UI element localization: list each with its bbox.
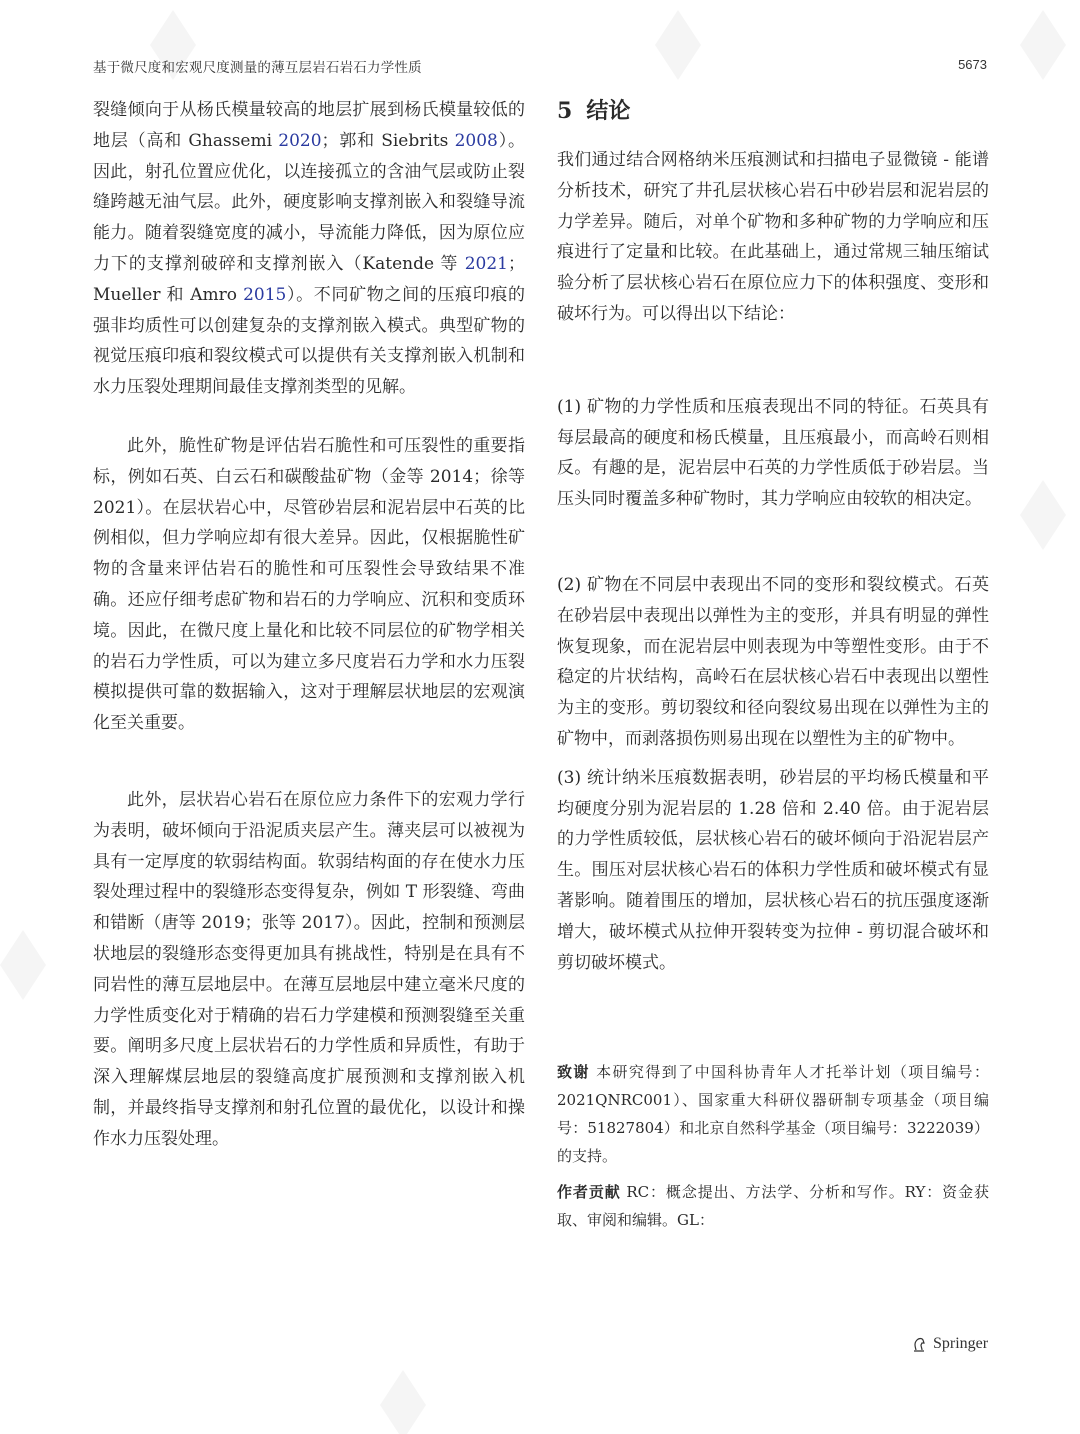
acknowledgements: 致谢 本研究得到了中国科协青年人才托举计划（项目编号：2021QNRC001）、…	[557, 1058, 989, 1170]
conclusion-intro: 我们通过结合网格纳米压痕测试和扫描电子显微镜 - 能谱分析技术，研究了井孔层状核…	[557, 145, 989, 330]
watermark-icon	[380, 1370, 426, 1434]
author-contributions: 作者贡献 RC：概念提出、方法学、分析和写作。RY：资金获取、审阅和编辑。GL：	[557, 1178, 989, 1234]
citation-link[interactable]: 2015	[243, 285, 286, 305]
springer-horse-icon	[910, 1335, 928, 1353]
paragraph-2: 此外，脆性矿物是评估岩石脆性和可压裂性的重要指标，例如石英、白云石和碳酸盐矿物（…	[93, 431, 525, 739]
running-title: 基于微尺度和宏观尺度测量的薄互层岩石岩石力学性质	[93, 56, 422, 76]
conclusion-item-1: (1) 矿物的力学性质和压痕表现出不同的特征。石英具有每层最高的硬度和杨氏模量，…	[557, 392, 989, 515]
citation-link[interactable]: 2021	[465, 254, 508, 274]
section-heading: 5结论	[557, 95, 989, 127]
section-title: 结论	[586, 98, 630, 124]
acknowledgements-label: 致谢	[557, 1063, 590, 1081]
paragraph-1: 裂缝倾向于从杨氏模量较高的地层扩展到杨氏模量较低的地层（高和 Ghassemi …	[93, 95, 525, 403]
conclusion-item-3: (3) 统计纳米压痕数据表明，砂岩层的平均杨氏模量和平均硬度分别为泥岩层的 1.…	[557, 763, 989, 979]
watermark-icon	[1020, 480, 1066, 550]
page-number: 5673	[958, 57, 987, 72]
acknowledgements-text: 本研究得到了中国科协青年人才托举计划（项目编号：2021QNRC001）、国家重…	[557, 1063, 989, 1165]
publisher-logo: Springer	[910, 1335, 988, 1353]
citation-link[interactable]: 2008	[455, 131, 498, 151]
watermark-icon	[0, 930, 46, 1000]
watermark-icon	[655, 10, 701, 80]
left-column: 裂缝倾向于从杨氏模量较高的地层扩展到杨氏模量较低的地层（高和 Ghassemi …	[93, 95, 525, 1155]
text-run: ）。因此，射孔位置应优化，以连接孤立的含油气层或防止裂缝跨越无油气层。此外，硬度…	[93, 131, 525, 274]
watermark-icon	[1020, 10, 1066, 80]
conclusion-item-2: (2) 矿物在不同层中表现出不同的变形和裂纹模式。石英在砂岩层中表现出以弹性为主…	[557, 570, 989, 755]
right-column: 5结论 我们通过结合网格纳米压痕测试和扫描电子显微镜 - 能谱分析技术，研究了井…	[557, 95, 989, 1234]
contributions-text: RC：概念提出、方法学、分析和写作。RY：资金获取、审阅和编辑。GL：	[557, 1183, 989, 1229]
contributions-label: 作者贡献	[557, 1183, 621, 1201]
text-run: ；郭和 Siebrits	[322, 131, 455, 151]
paragraph-3: 此外，层状岩心岩石在原位应力条件下的宏观力学行为表明，破坏倾向于沿泥质夹层产生。…	[93, 785, 525, 1155]
citation-link[interactable]: 2020	[278, 131, 321, 151]
publisher-name: Springer	[933, 1335, 988, 1353]
section-number: 5	[557, 98, 572, 124]
